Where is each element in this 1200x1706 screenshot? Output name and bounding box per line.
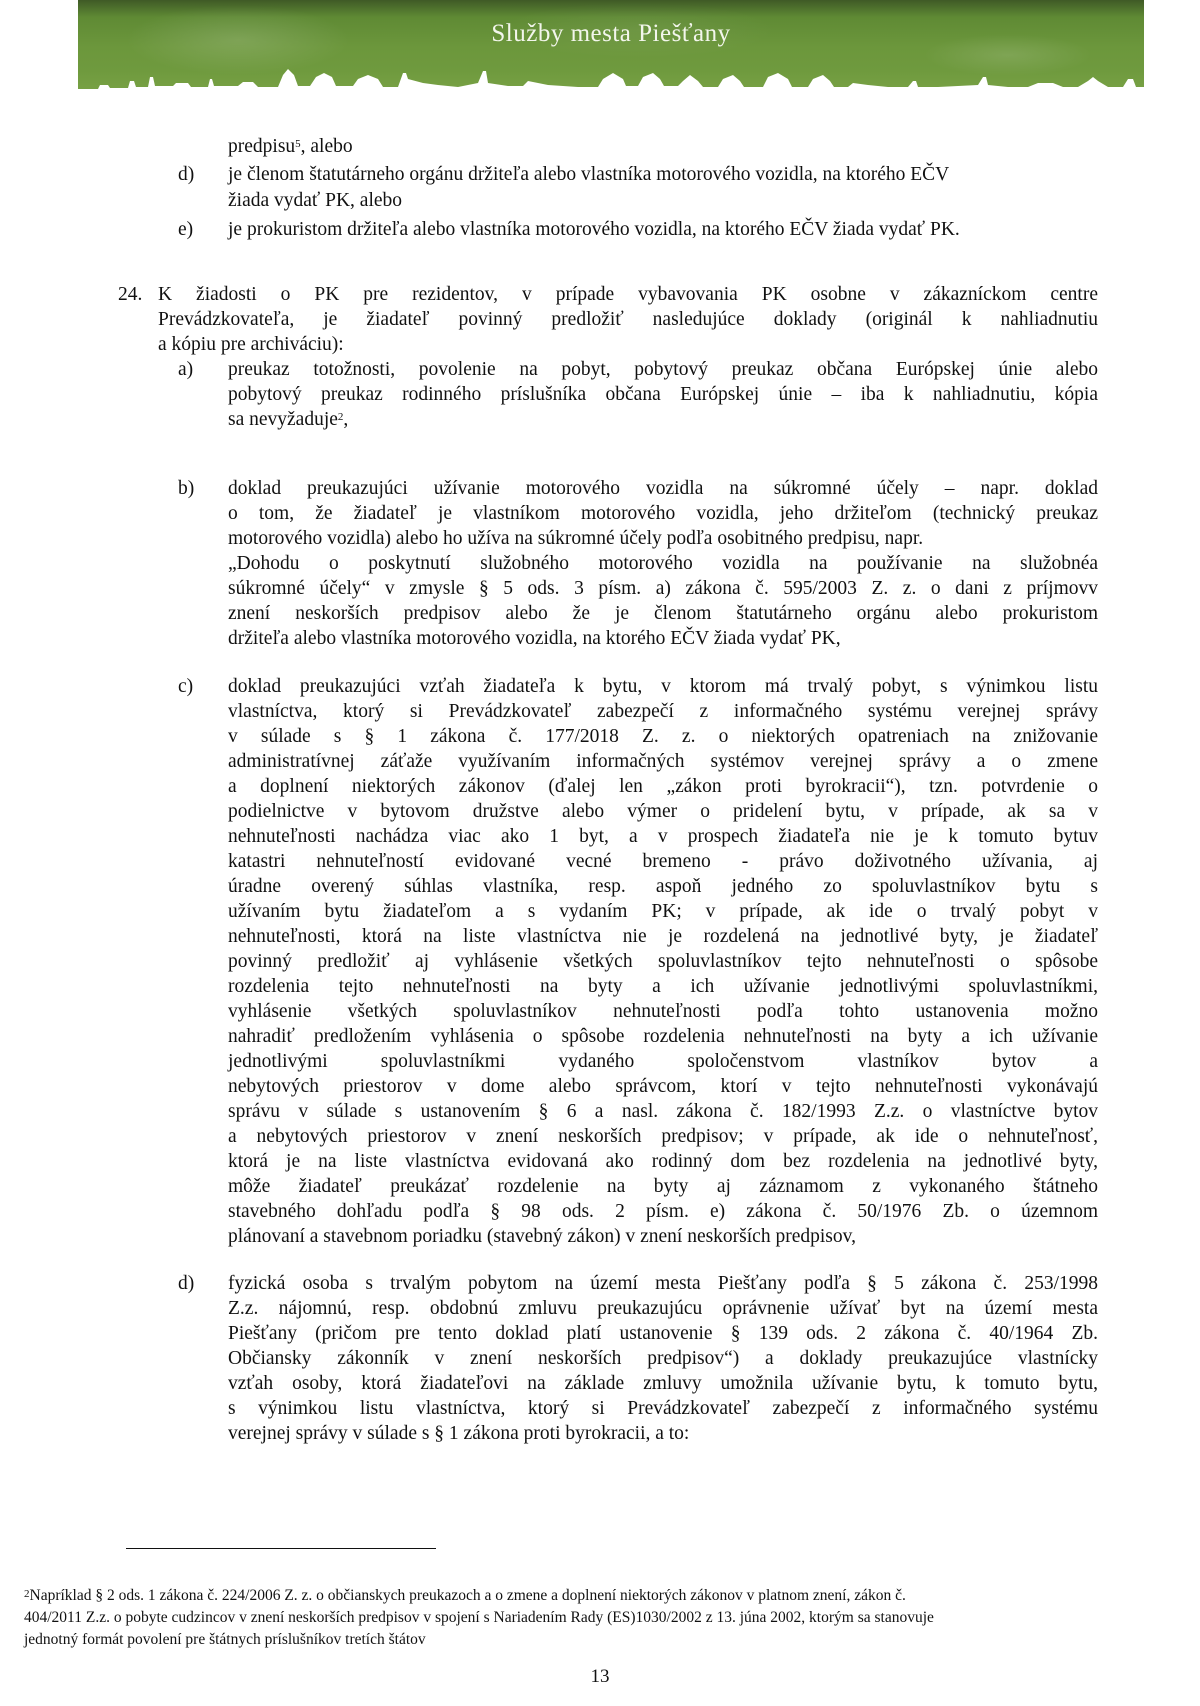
page-number: 13 — [0, 1666, 1200, 1688]
item-label: b) — [178, 476, 194, 502]
item-line: sa nevyžaduje2, — [228, 407, 348, 433]
item-line: pobytový preukaz rodinného príslušníka o… — [228, 382, 1098, 408]
footnote-text: Napríklad § 2 ods. 1 zákona č. 224/2006 … — [30, 1587, 906, 1604]
item-line: ktorá je na liste vlastníctva evidovaná … — [228, 1149, 1098, 1175]
item-line: jednotlivými spoluvlastníkmi vydaného sp… — [228, 1049, 1098, 1075]
item-line: rozdelenia tejto nehnuteľnosti na byty a… — [228, 974, 1098, 1000]
item-text: sa nevyžaduje — [228, 409, 338, 430]
item-line: je členom štatutárneho orgánu držiteľa a… — [228, 162, 949, 188]
item-line: s výnimkou listu vlastníctva, ktorý si P… — [228, 1396, 1098, 1422]
item-line: plánovaní a stavebnom poriadku (stavebný… — [228, 1224, 856, 1250]
item-label: a) — [178, 357, 193, 383]
continuation-tail: , alebo — [301, 136, 353, 157]
item-tail: , — [343, 409, 348, 430]
item-line: podielnictve v bytovom družstve alebo vý… — [228, 799, 1098, 825]
item-line: v súlade s § 1 zákona č. 177/2018 Z. z. … — [228, 724, 1098, 750]
item-line: nehnuteľnosti, ktorá na liste vlastníctv… — [228, 924, 1098, 950]
item-line: správu v súlade s ustanovením § 6 a nasl… — [228, 1099, 1098, 1125]
item-line: užívaním bytu žiadateľom a s vydaním PK;… — [228, 899, 1098, 925]
footnote-line: jednotný formát povolení pre štátnych pr… — [24, 1629, 1124, 1651]
item-line: vzťah osoby, ktorá žiadateľovi na základ… — [228, 1371, 1098, 1397]
item-line: znení neskorších predpisov alebo že je č… — [228, 601, 1098, 627]
footnote-ref[interactable]: 5 — [295, 138, 301, 150]
item-line: úradne overený súhlas vlastníka, resp. a… — [228, 874, 1098, 900]
item-line: povinný predložiť aj vyhlásenie všetkých… — [228, 949, 1098, 975]
item-line: katastri nehnuteľností evidované vecné b… — [228, 849, 1098, 875]
item-line: doklad preukazujúci vzťah žiadateľa k by… — [228, 674, 1098, 700]
item-line: nehnuteľnosti nachádza viac ako 1 byt, a… — [228, 824, 1098, 850]
footnote-marker: 2 — [24, 1588, 30, 1600]
item-line: „Dohodu o poskytnutí služobného motorové… — [228, 551, 1098, 577]
continuation-text: predpisu — [228, 136, 295, 157]
item-line: vyhlásenie všetkých spoluvlastníkov nehn… — [228, 999, 1098, 1025]
section-line: Prevádzkovateľa, je žiadateľ povinný pre… — [158, 307, 1098, 333]
section-line: K žiadosti o PK pre rezidentov, v prípad… — [158, 282, 1098, 308]
item-line: administratívnej záťaže využívaním infor… — [228, 749, 1098, 775]
item-line: Piešťany (pričom pre tento doklad platí … — [228, 1321, 1098, 1347]
item-label: d) — [178, 1271, 194, 1297]
item-label: e) — [178, 217, 193, 243]
item-line: fyzická osoba s trvalým pobytom na území… — [228, 1271, 1098, 1297]
item-line: súkromné účely“ v zmysle § 5 ods. 3 písm… — [228, 576, 1098, 602]
header-banner: Služby mesta Piešťany — [78, 0, 1144, 95]
item-line: o tom, že žiadateľ je vlastníkom motorov… — [228, 501, 1098, 527]
footnote: 2Napríklad § 2 ods. 1 zákona č. 224/2006… — [24, 1585, 1124, 1651]
item-line: Z.z. nájomnú, resp. obdobnú zmluvu preuk… — [228, 1296, 1098, 1322]
item-line: a nebytových priestorov v znení neskorší… — [228, 1124, 1098, 1150]
footnote-ref[interactable]: 2 — [338, 411, 344, 423]
item-line: motorového vozidla) alebo ho užíva na sú… — [228, 526, 923, 552]
item-line: vlastníctva, ktorý si Prevádzkovateľ zab… — [228, 699, 1098, 725]
item-line: nebytových priestorov v dome alebo správ… — [228, 1074, 1098, 1100]
footnote-line: 404/2011 Z.z. o pobyte cudzincov v znení… — [24, 1607, 1124, 1629]
item-line: stavebného dohľadu podľa § 98 ods. 2 pís… — [228, 1199, 1098, 1225]
item-line: verejnej správy v súlade s § 1 zákona pr… — [228, 1421, 689, 1447]
continuation-line: predpisu5, alebo — [228, 134, 353, 160]
city-skyline-graphic — [78, 59, 1144, 95]
item-line: preukaz totožnosti, povolenie na pobyt, … — [228, 357, 1098, 383]
item-label: c) — [178, 674, 193, 700]
header-title: Služby mesta Piešťany — [78, 20, 1144, 48]
item-line: doklad preukazujúci užívanie motorového … — [228, 476, 1098, 502]
footnote-separator — [126, 1548, 436, 1549]
item-line: Občiansky zákonník v znení neskorších pr… — [228, 1346, 1098, 1372]
item-line: držiteľa alebo vlastníka motorového vozi… — [228, 626, 841, 652]
item-line: nahradiť predložením vyhlásenia o spôsob… — [228, 1024, 1098, 1050]
item-label: d) — [178, 162, 194, 188]
item-line: je prokuristom držiteľa alebo vlastníka … — [228, 217, 960, 243]
item-line: a doplnení niektorých zákonov (ďalej len… — [228, 774, 1098, 800]
section-number: 24. — [118, 282, 142, 308]
section-line: a kópiu pre archiváciu): — [158, 332, 344, 358]
item-line: žiada vydať PK, alebo — [228, 188, 402, 214]
item-line: môže žiadateľ preukázať rozdelenie na by… — [228, 1174, 1098, 1200]
footnote-line: 2Napríklad § 2 ods. 1 zákona č. 224/2006… — [24, 1585, 1124, 1607]
